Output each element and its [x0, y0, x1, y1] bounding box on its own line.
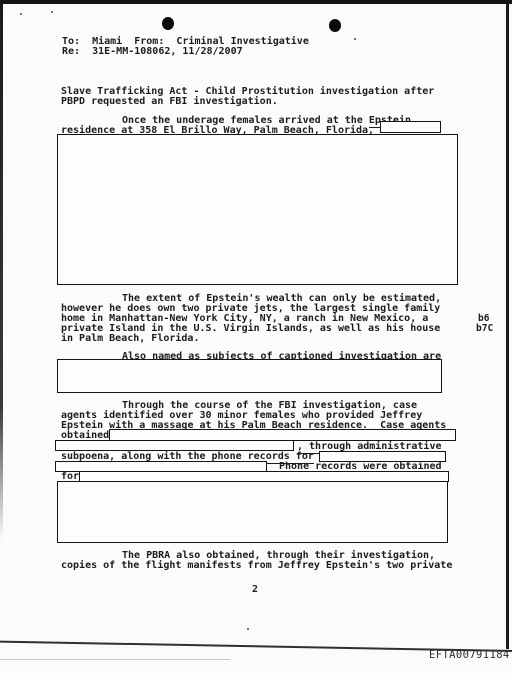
exemption-code-b7c: b7C — [476, 324, 493, 334]
scan-speck — [354, 38, 356, 40]
body-line: in Palm Beach, Florida. — [61, 334, 199, 344]
bates-number: EFTA00791184 — [429, 649, 510, 661]
redaction-box-large — [57, 134, 458, 285]
redaction-box-inline — [380, 121, 441, 133]
redaction-box-inline — [55, 440, 294, 451]
scan-speck — [20, 13, 22, 15]
body-line: copies of the flight manifests from Jeff… — [61, 561, 452, 571]
page-edge-bottom-echo — [0, 659, 230, 660]
page-edge-left — [0, 3, 3, 541]
page-edge-top — [0, 0, 512, 4]
page-number: 2 — [252, 584, 258, 595]
memo-re-text: Re: 31E-MM-108062, 11/28/2007 — [62, 46, 243, 57]
scan-speck — [247, 628, 249, 630]
scanned-document-page: To: Miami From: Criminal Investigative R… — [0, 0, 512, 673]
hole-punch-mark — [162, 17, 174, 30]
hole-punch-mark — [329, 19, 341, 32]
redaction-box-subjects — [57, 359, 442, 393]
redaction-box-large — [57, 481, 448, 543]
page-edge-right — [506, 0, 509, 649]
body-line: PBPD requested an FBI investigation. — [61, 97, 278, 107]
memo-re-line: Re: 31E-MM-108062, 11/28/2007 — [62, 47, 243, 57]
scan-speck — [51, 11, 53, 13]
